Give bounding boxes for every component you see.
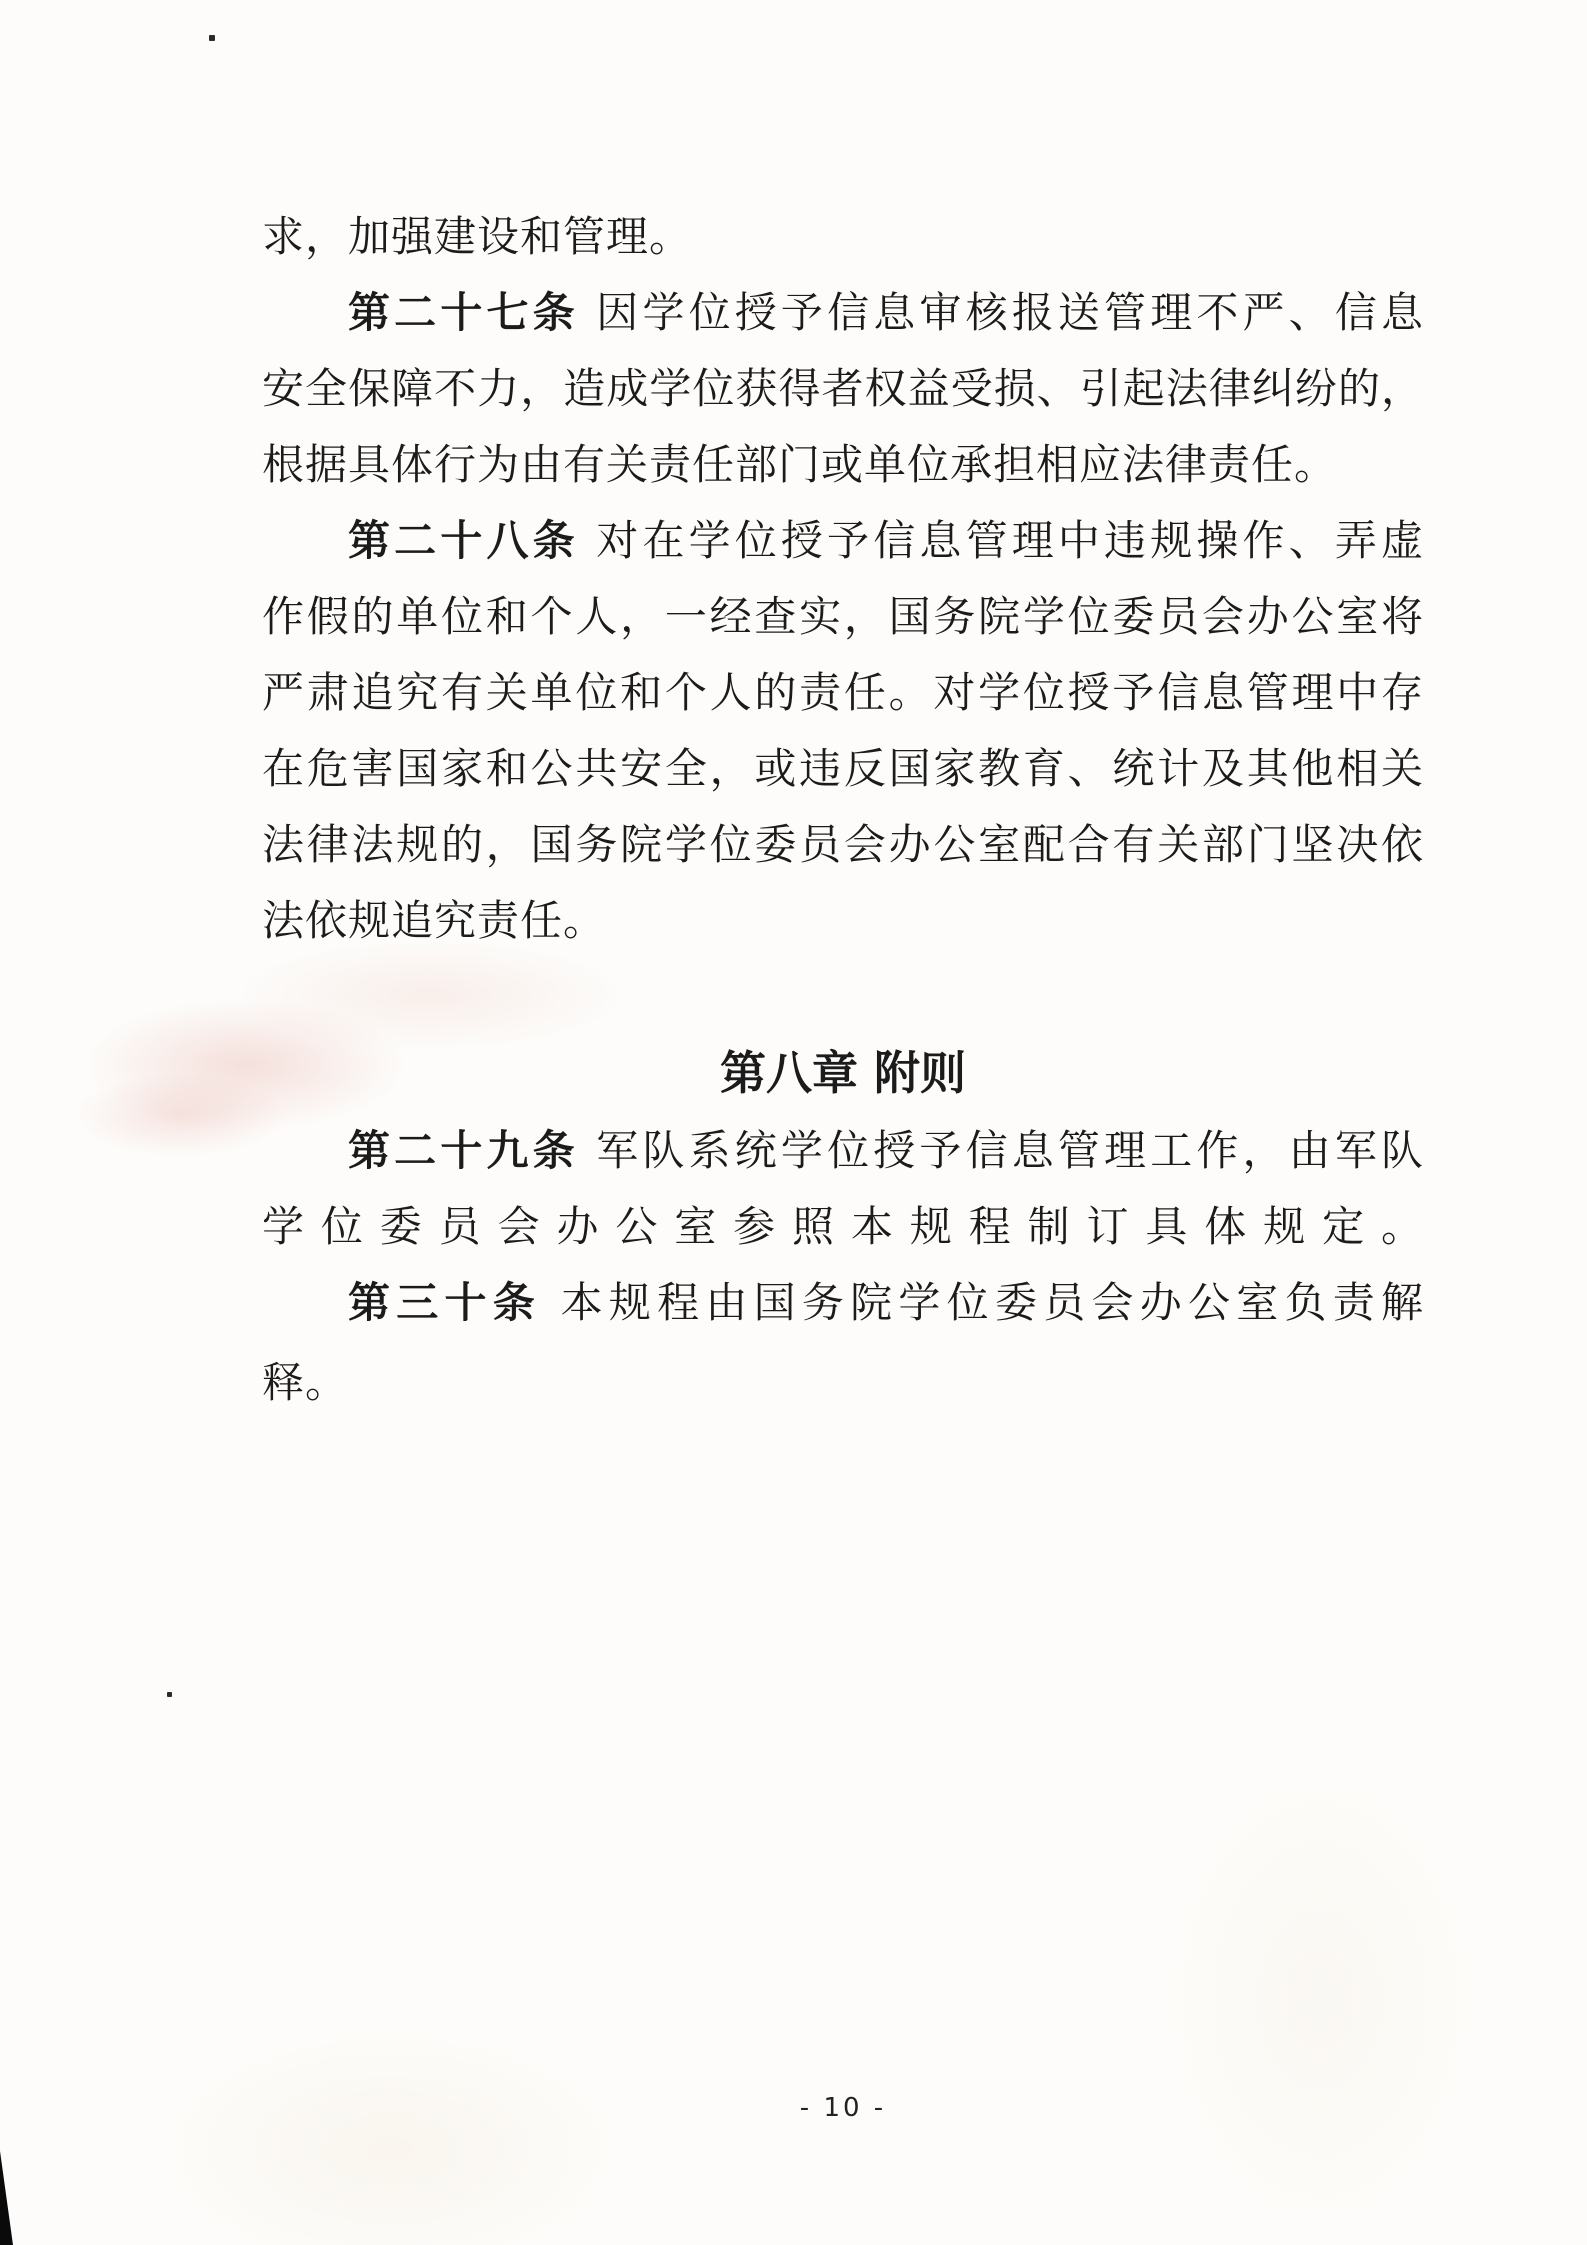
article-number: 第二十八条 [348, 516, 579, 565]
body-line: 严肃追究有关单位和个人的责任。对学位授予信息管理中存 [262, 665, 1424, 721]
body-text: 作假的单位和个人，一经查实，国务院学位委员会办公室将 [262, 592, 1424, 641]
body-text: 本规程由国务院学位委员会办公室负责解 [541, 1278, 1424, 1327]
body-line: 作假的单位和个人，一经查实，国务院学位委员会办公室将 [262, 589, 1424, 645]
body-line: 求，加强建设和管理。 [262, 209, 1424, 265]
body-text: 学位委员会办公室参照本规程制订具体规定。 [262, 1202, 1424, 1251]
body-line: 学位委员会办公室参照本规程制订具体规定。 [262, 1199, 1424, 1255]
body-text: 对在学位授予信息管理中违规操作、弄虚 [579, 516, 1424, 565]
body-text: 法律法规的，国务院学位委员会办公室配合有关部门坚决依 [262, 820, 1424, 869]
body-line: 法律法规的，国务院学位委员会办公室配合有关部门坚决依 [262, 817, 1424, 873]
body-line: 第二十九条 军队系统学位授予信息管理工作，由军队 [262, 1123, 1424, 1179]
article-number: 第二十九条 [348, 1126, 579, 1175]
scan-speck-top [209, 35, 215, 41]
body-text: 安全保障不力，造成学位获得者权益受损、引起法律纠纷的， [262, 364, 1424, 413]
scan-speck-left [167, 1692, 172, 1697]
scanned-document-page: 求，加强建设和管理。 第二十七条 因学位授予信息审核报送管理不严、信息 安全保障… [0, 0, 1587, 2245]
body-line: 第二十八条 对在学位授予信息管理中违规操作、弄虚 [262, 513, 1424, 569]
body-text: 在危害国家和公共安全，或违反国家教育、统计及其他相关 [262, 744, 1424, 793]
article-number: 第二十七条 [348, 288, 579, 337]
body-line: 在危害国家和公共安全，或违反国家教育、统计及其他相关 [262, 741, 1424, 797]
body-text: 军队系统学位授予信息管理工作，由军队 [579, 1126, 1424, 1175]
body-line: 释。 [262, 1355, 1424, 1411]
body-text: 求，加强建设和管理。 [262, 212, 692, 261]
body-line: 第三十条 本规程由国务院学位委员会办公室负责解 [262, 1275, 1424, 1331]
body-line: 根据具体行为由有关责任部门或单位承担相应法律责任。 [262, 437, 1424, 493]
body-line: 第二十七条 因学位授予信息审核报送管理不严、信息 [262, 285, 1424, 341]
scan-corner-artifact [0, 2151, 13, 2245]
body-text: 严肃追究有关单位和个人的责任。对学位授予信息管理中存 [262, 668, 1424, 717]
body-text: 法依规追究责任。 [262, 896, 606, 945]
page-number: - 10 - [262, 2091, 1424, 2125]
body-line: 法依规追究责任。 [262, 893, 1424, 949]
body-line: 安全保障不力，造成学位获得者权益受损、引起法律纠纷的， [262, 361, 1424, 417]
body-text: 因学位授予信息审核报送管理不严、信息 [579, 288, 1424, 337]
article-number: 第三十条 [348, 1278, 541, 1327]
body-text: 释。 [262, 1358, 348, 1407]
chapter-heading: 第八章 附则 [262, 1045, 1424, 1101]
body-text: 根据具体行为由有关责任部门或单位承担相应法律责任。 [262, 440, 1337, 489]
